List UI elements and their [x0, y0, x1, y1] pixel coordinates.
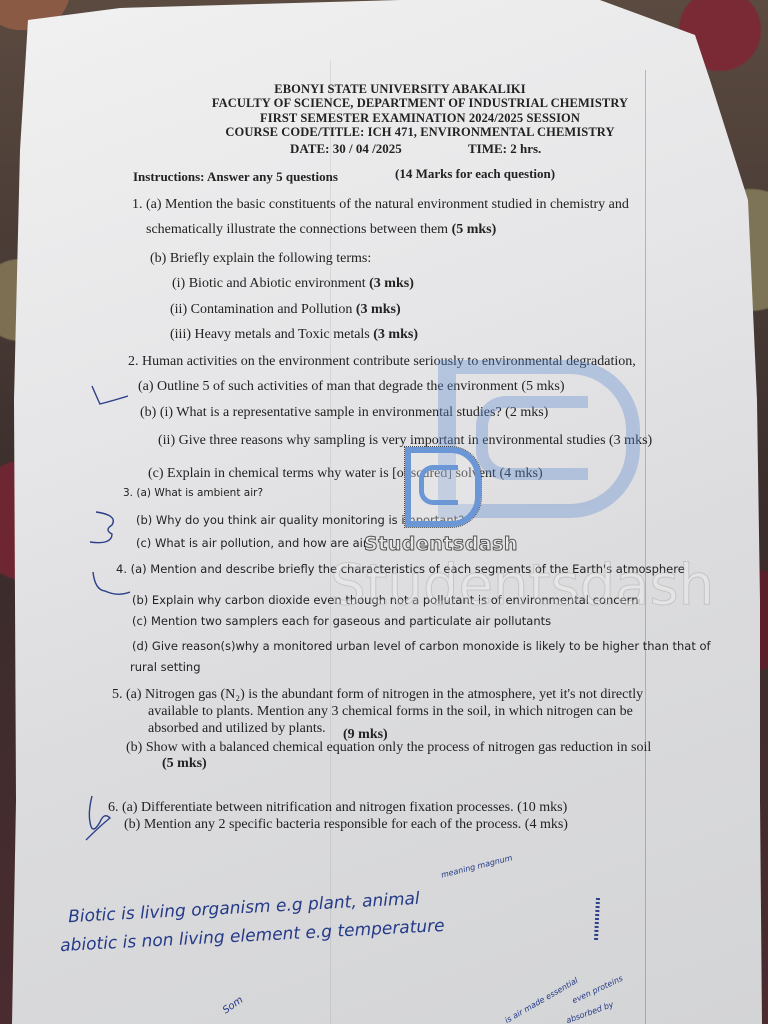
- pen-marks: [0, 0, 768, 1024]
- watermark-text: Studentsdash: [364, 533, 518, 555]
- watermark-logo-icon: [405, 447, 481, 527]
- exam-paper: EBONYI STATE UNIVERSITY ABAKALIKI FACULT…: [0, 0, 768, 1024]
- watermark-text-large: Studentsdash: [330, 553, 714, 618]
